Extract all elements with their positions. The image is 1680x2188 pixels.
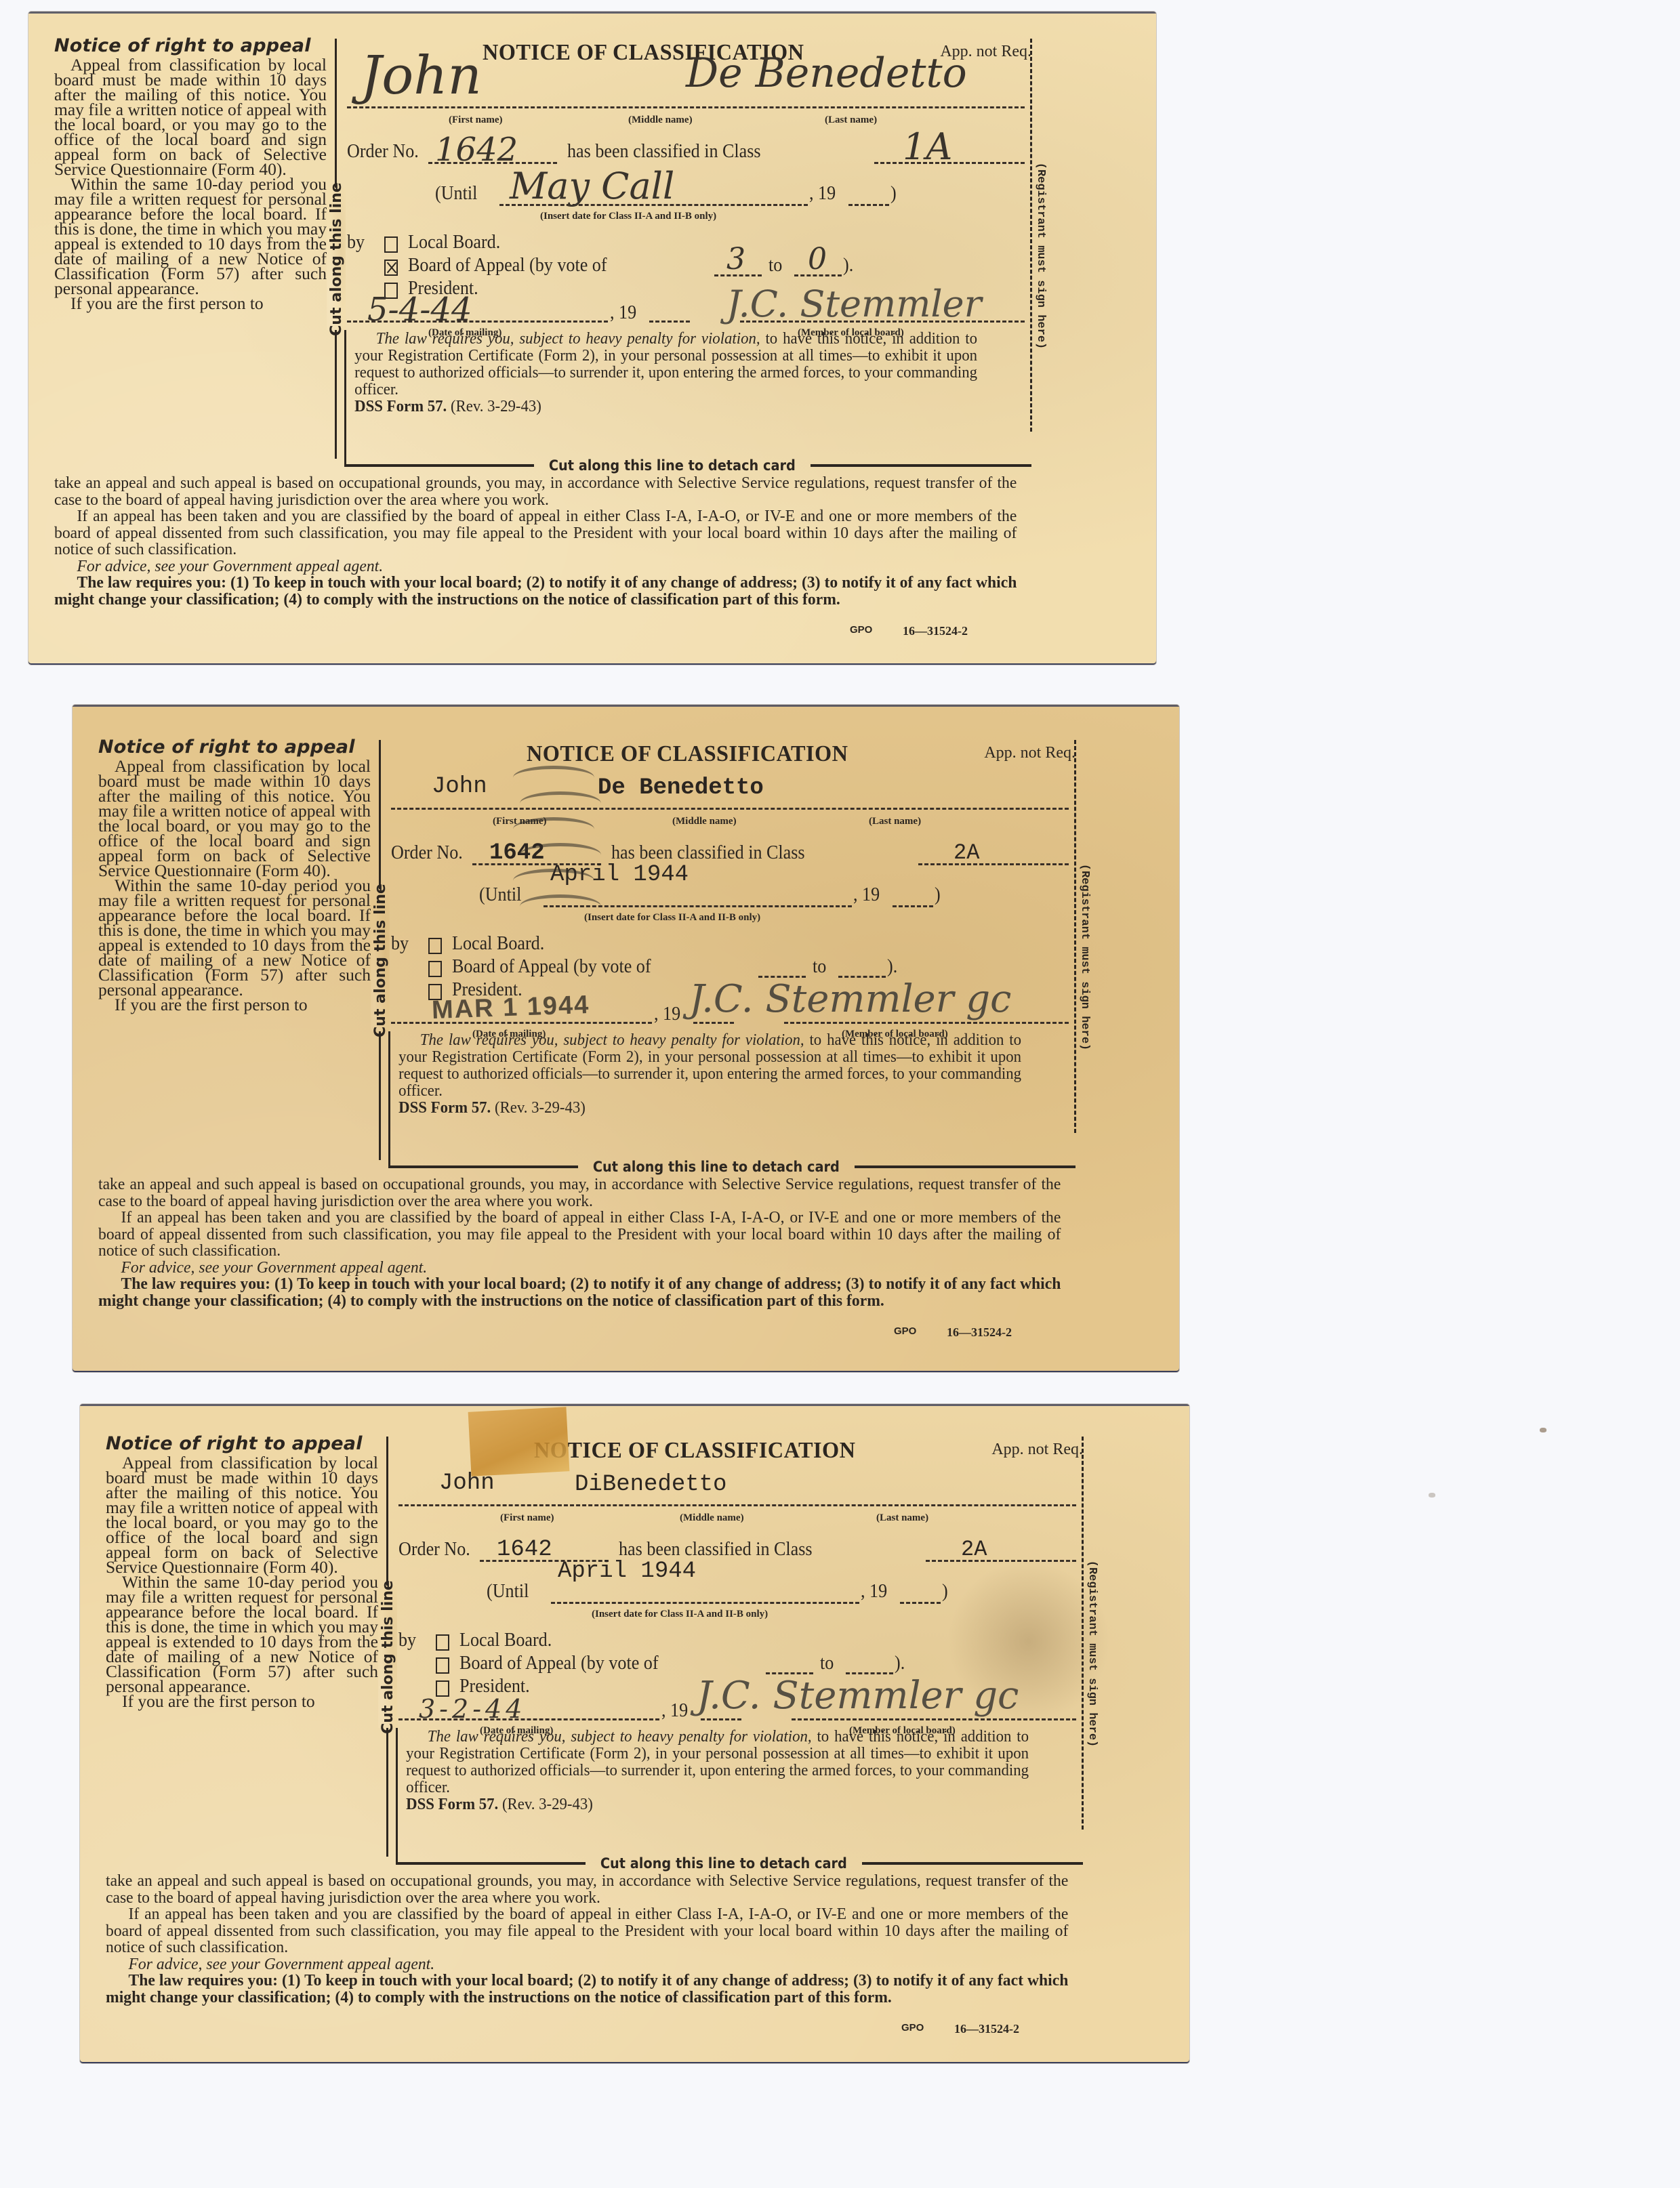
detach-label: Cut along this line to detach card <box>596 1855 851 1872</box>
order-no-label: Order No. <box>398 1538 470 1561</box>
vote-to-label: to <box>769 254 782 276</box>
classified-label: has been classified in Class <box>611 842 805 864</box>
bottom-instructions: take an appeal and such appeal is based … <box>106 1873 1068 2006</box>
dust-speck <box>1540 1428 1546 1432</box>
until-year-label: , 19 <box>853 884 880 906</box>
advice-text: For advice, see your Government appeal a… <box>98 1260 1061 1277</box>
bottom-paragraph-1: take an appeal and such appeal is based … <box>98 1176 1061 1210</box>
revision-label: (Rev. 3-29-43) <box>451 397 541 415</box>
law-box-border <box>388 1031 390 1167</box>
appeal-paragraph-2: Within the same 10-day period you may fi… <box>98 878 371 997</box>
vertical-cut-label: Cut along this line <box>378 1586 397 1728</box>
appeal-paragraph-3-start: If you are the first person to <box>54 296 327 311</box>
until-year-line <box>848 204 889 206</box>
until-year-label: , 19 <box>861 1580 887 1603</box>
until-year-line <box>893 905 933 907</box>
local-board-checkbox[interactable] <box>428 938 442 954</box>
board-of-appeal-checkbox[interactable] <box>436 1657 449 1674</box>
vertical-cut-text: Cut along this line <box>372 884 389 1037</box>
class-value: 2A <box>954 840 979 865</box>
vertical-cut-label: Cut along this line <box>327 188 346 330</box>
order-no-value: 1642 <box>435 131 518 169</box>
classification-card-3: Notice of right to appeal Appeal from cl… <box>80 1404 1189 2063</box>
registrant-sign-label: (Registrant must sign here) <box>1083 1518 1102 1789</box>
until-close: ) <box>935 884 941 906</box>
tape-residue <box>468 1407 570 1476</box>
law-lead-text: The law requires you, subject to heavy p… <box>420 1031 804 1049</box>
order-no-label: Order No. <box>347 140 419 163</box>
detach-label: Cut along this line to detach card <box>545 457 799 474</box>
local-board-label: Local Board. <box>408 231 500 253</box>
by-label: by <box>347 231 365 253</box>
until-value: May Call <box>510 165 674 207</box>
registrant-sign-text: (Registrant must sign here) <box>1079 863 1092 1050</box>
law-box-border <box>396 1728 398 1863</box>
appeal-paragraph-3-start: If you are the first person to <box>98 997 371 1012</box>
registrant-sign-text: (Registrant must sign here) <box>1086 1560 1099 1746</box>
appeal-notice-column: Notice of right to appeal Appeal from cl… <box>54 39 327 311</box>
last-name-value: DiBenedetto <box>575 1472 726 1498</box>
first-name-caption: (First name) <box>449 115 503 126</box>
order-no-value: 1642 <box>497 1537 552 1563</box>
middle-name-caption: (Middle name) <box>672 816 737 827</box>
middle-name-caption: (Middle name) <box>628 115 693 126</box>
last-name-value: De Benedetto <box>598 775 764 801</box>
gpo-label: GPO <box>894 1325 916 1337</box>
gpo-number: 16—31524-2 <box>954 2022 1019 2036</box>
until-year-line <box>900 1602 941 1604</box>
postmark-cancel-line <box>513 869 594 892</box>
appeal-notice-column: Notice of right to appeal Appeal from cl… <box>106 1437 378 1709</box>
registrant-sign-text: (Registrant must sign here) <box>1035 162 1048 348</box>
form-title: NOTICE OF CLASSIFICATION <box>534 1438 855 1464</box>
until-year-label: , 19 <box>809 182 836 205</box>
class-line <box>926 1560 1076 1562</box>
date-of-mailing-value: MAR 1 1944 <box>431 991 590 1025</box>
appeal-paragraph-2: Within the same 10-day period you may fi… <box>106 1575 378 1694</box>
detach-label: Cut along this line to detach card <box>589 1159 843 1175</box>
gpo-number: 16—31524-2 <box>903 624 968 638</box>
date-year-line <box>701 1718 741 1720</box>
classification-card-2: Notice of right to appeal Appeal from cl… <box>73 705 1179 1372</box>
app-not-req-label: App. not Req. <box>984 744 1075 762</box>
dust-speck <box>1429 1493 1435 1498</box>
bottom-paragraph-2: If an appeal has been taken and you are … <box>106 1906 1068 1956</box>
class-value: 2A <box>961 1537 987 1562</box>
last-name-caption: (Last name) <box>869 816 921 827</box>
registrant-sign-label: (Registrant must sign here) <box>1031 120 1050 391</box>
vote-close: ). <box>887 955 897 978</box>
appeal-paragraph-3-start: If you are the first person to <box>106 1694 378 1709</box>
local-board-checkbox[interactable] <box>384 236 398 253</box>
until-line <box>551 1602 859 1604</box>
vertical-cut-label: Cut along this line <box>371 889 390 1031</box>
insert-date-caption: (Insert date for Class II-A and II-B onl… <box>540 211 716 222</box>
board-of-appeal-checkbox[interactable] <box>384 260 398 276</box>
gpo-number: 16—31524-2 <box>947 1325 1012 1340</box>
appeal-notice-column: Notice of right to appeal Appeal from cl… <box>98 740 371 1012</box>
dss-form-label: DSS Form 57. <box>354 397 447 415</box>
law-lead-text: The law requires you, subject to heavy p… <box>376 329 760 348</box>
until-close: ) <box>942 1580 948 1603</box>
vote-to-label: to <box>820 1652 834 1674</box>
detach-rule-left <box>396 1862 586 1865</box>
first-name-caption: (First name) <box>500 1512 554 1524</box>
postmark-cancel-line <box>520 843 601 867</box>
name-dashed-line <box>391 808 1069 810</box>
bottom-instructions: take an appeal and such appeal is based … <box>98 1176 1061 1309</box>
postmark-cancel-line <box>513 766 594 789</box>
member-signature: J.C. Stemmler gc <box>697 1674 1019 1718</box>
date-year-label: , 19 <box>610 302 636 324</box>
member-signature: J.C. Stemmler <box>726 283 981 325</box>
app-not-req-label: App. not Req. <box>991 1441 1083 1459</box>
postmark-cancel-line <box>520 894 601 918</box>
insert-date-caption: (Insert date for Class II-A and II-B onl… <box>584 912 760 924</box>
until-close: ) <box>890 182 897 205</box>
detach-rule-right <box>855 1165 1075 1168</box>
bottom-instructions: take an appeal and such appeal is based … <box>54 475 1017 608</box>
law-notice-box: The law requires you, subject to heavy p… <box>398 1728 1029 1813</box>
first-name-value: John <box>432 774 487 800</box>
last-name-caption: (Last name) <box>825 115 877 126</box>
detach-rule-right <box>811 464 1031 467</box>
appeal-paragraph-1: Appeal from classification by local boar… <box>98 759 371 878</box>
vertical-cut-text: Cut along this line <box>328 182 345 336</box>
law-notice-box: The law requires you, subject to heavy p… <box>391 1031 1021 1116</box>
board-of-appeal-label: Board of Appeal (by vote of <box>459 1652 659 1674</box>
until-value: April 1944 <box>558 1559 696 1584</box>
last-name-caption: (Last name) <box>876 1512 928 1524</box>
insert-date-caption: (Insert date for Class II-A and II-B onl… <box>592 1609 768 1620</box>
law-requires-text: The law requires you: (1) To keep in tou… <box>54 575 1017 608</box>
appeal-paragraph-1: Appeal from classification by local boar… <box>54 58 327 177</box>
vote-against-value: 0 <box>808 242 827 276</box>
class-value: 1A <box>903 125 952 168</box>
class-line <box>918 863 1069 865</box>
local-board-label: Local Board. <box>452 932 544 955</box>
date-of-mailing-value: 5-4-44 <box>367 291 472 329</box>
revision-label: (Rev. 3-29-43) <box>495 1098 586 1117</box>
detach-cut-line: Cut along this line to detach card <box>388 1157 1075 1176</box>
by-label: by <box>391 932 409 955</box>
board-of-appeal-label: Board of Appeal (by vote of <box>408 254 607 276</box>
gpo-label: GPO <box>850 624 872 636</box>
by-label: by <box>398 1629 416 1651</box>
detach-cut-line: Cut along this line to detach card <box>396 1854 1083 1873</box>
order-no-label: Order No. <box>391 842 463 864</box>
bottom-paragraph-2: If an appeal has been taken and you are … <box>98 1210 1061 1260</box>
postmark-cancel-line <box>513 817 594 841</box>
classified-label: has been classified in Class <box>619 1538 813 1561</box>
bottom-paragraph-1: take an appeal and such appeal is based … <box>54 475 1017 508</box>
law-requires-text: The law requires you: (1) To keep in tou… <box>98 1276 1061 1309</box>
classification-card-1: Notice of right to appeal Appeal from cl… <box>28 12 1156 665</box>
bottom-paragraph-2: If an appeal has been taken and you are … <box>54 508 1017 558</box>
name-dashed-line <box>347 106 1025 108</box>
appeal-paragraph-2: Within the same 10-day period you may fi… <box>54 177 327 296</box>
postmark-cancel-line <box>520 791 601 815</box>
appeal-notice-title: Notice of right to appeal <box>106 1437 378 1451</box>
dss-form-label: DSS Form 57. <box>406 1795 498 1813</box>
date-year-label: , 19 <box>661 1699 688 1722</box>
date-of-mailing-value: 3-2-44 <box>419 1694 526 1724</box>
first-name-value: John <box>361 45 482 106</box>
member-line <box>792 1718 1076 1720</box>
local-board-checkbox[interactable] <box>436 1634 449 1651</box>
appeal-paragraph-1: Appeal from classification by local boar… <box>106 1456 378 1575</box>
middle-name-caption: (Middle name) <box>680 1512 744 1524</box>
board-of-appeal-label: Board of Appeal (by vote of <box>452 955 651 978</box>
registrant-sign-label: (Registrant must sign here) <box>1075 821 1094 1092</box>
name-dashed-line <box>398 1504 1076 1506</box>
classified-label: has been classified in Class <box>567 140 761 163</box>
law-lead-text: The law requires you, subject to heavy p… <box>428 1727 812 1746</box>
dss-form-label: DSS Form 57. <box>398 1098 491 1117</box>
member-signature: J.C. Stemmler gc <box>689 977 1011 1021</box>
revision-label: (Rev. 3-29-43) <box>502 1795 593 1813</box>
vote-for-value: 3 <box>726 242 745 276</box>
member-line <box>784 1022 1069 1024</box>
vote-close: ). <box>843 254 853 276</box>
appeal-notice-title: Notice of right to appeal <box>54 39 327 54</box>
vote-to-label: to <box>813 955 826 978</box>
board-of-appeal-checkbox[interactable] <box>428 961 442 977</box>
detach-rule-right <box>862 1862 1083 1865</box>
law-notice-box: The law requires you, subject to heavy p… <box>347 330 977 415</box>
date-year-line <box>649 321 690 323</box>
until-label: (Until <box>435 182 477 205</box>
form-title: NOTICE OF CLASSIFICATION <box>527 741 848 767</box>
detach-rule-left <box>388 1165 578 1168</box>
last-name-value: De Benedetto <box>686 49 967 97</box>
law-box-border <box>344 330 346 466</box>
until-label: (Until <box>487 1580 529 1603</box>
appeal-notice-title: Notice of right to appeal <box>98 740 371 755</box>
advice-text: For advice, see your Government appeal a… <box>54 558 1017 575</box>
gpo-label: GPO <box>901 2022 924 2034</box>
detach-cut-line: Cut along this line to detach card <box>344 456 1031 475</box>
vote-close: ). <box>895 1652 905 1674</box>
detach-rule-left <box>344 464 534 467</box>
local-board-label: Local Board. <box>459 1629 552 1651</box>
bottom-paragraph-1: take an appeal and such appeal is based … <box>106 1873 1068 1906</box>
advice-text: For advice, see your Government appeal a… <box>106 1956 1068 1973</box>
date-year-line <box>693 1022 734 1024</box>
vertical-cut-text: Cut along this line <box>380 1580 396 1734</box>
date-year-label: , 19 <box>654 1003 680 1025</box>
law-requires-text: The law requires you: (1) To keep in tou… <box>106 1973 1068 2006</box>
